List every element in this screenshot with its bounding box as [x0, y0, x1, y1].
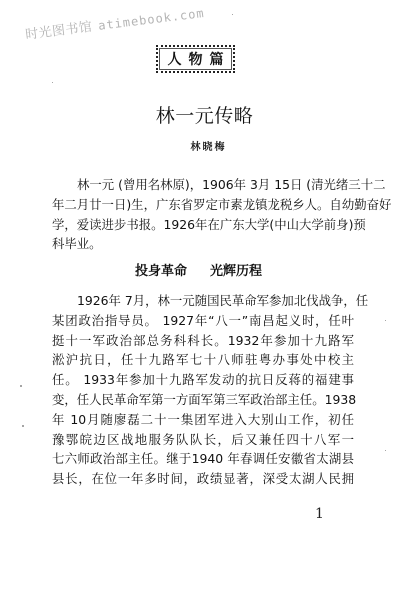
- scan-speck: [232, 14, 233, 15]
- text-line: 挺十一军政治部总务科科长。1932年参加十九路军: [52, 331, 354, 351]
- paragraph-career: 1926年 7月，林一元随国民革命军参加北伐战争，任 某团政治指导员。 1927…: [52, 291, 354, 489]
- text-line: 年二月廿一日)生，广东省罗定市素龙镇龙税乡人。自幼勤奋好: [52, 195, 354, 215]
- text-line: 七六师政治部主任。继于1940 年春调任安徽省太湖县: [52, 449, 354, 469]
- text-line: 县长，在位一年多时间，政绩显著，深受太湖人民拥: [52, 469, 354, 489]
- text-line: 学，爱读进步书报。1926年在广东大学(中山大学前身)预: [52, 215, 354, 235]
- watermark-url: atimebook.com: [97, 6, 205, 33]
- text-line: 淞沪抗日，任十九路军七十八师驻粤办事处中校主: [52, 350, 354, 370]
- scan-speck: [385, 320, 386, 321]
- page-number: 1: [315, 506, 324, 522]
- text-line: 任。 1933年参加十九路军发动的抗日反蒋的福建事: [52, 370, 354, 390]
- section-subheading: 投身革命光辉历程: [135, 260, 262, 279]
- text-line: 科毕业。: [52, 234, 354, 254]
- section-label-box: 人物篇: [156, 45, 235, 73]
- scan-speck: [385, 450, 386, 451]
- section-label: 人物篇: [168, 49, 231, 69]
- subheading-part-1: 投身革命: [135, 264, 187, 279]
- scan-speck: [52, 82, 53, 83]
- text-line: 1926年 7月，林一元随国民革命军参加北伐战争，任: [52, 291, 354, 311]
- text-line: 变，任人民革命军第一方面军第三军政治部主任。1938: [52, 390, 354, 410]
- watermark-text: 时光图书馆: [24, 20, 93, 43]
- scan-speck: [20, 385, 22, 387]
- text-line: 林一元 (曾用名林原)，1906年 3月 15日 (清光绪三十二: [52, 175, 354, 195]
- subheading-part-2: 光辉历程: [210, 264, 262, 279]
- text-line: 某团政治指导员。 1927年“八一”南昌起义时，任叶: [52, 311, 354, 331]
- article-title: 林一元传略: [0, 101, 409, 128]
- scan-speck: [22, 425, 24, 427]
- text-line: 年 10月随廖磊二十一集团军进入大别山工作，初任: [52, 410, 354, 430]
- text-line: 豫鄂皖边区战地服务队队长，后又兼任四十八军一: [52, 430, 354, 450]
- paragraph-intro: 林一元 (曾用名林原)，1906年 3月 15日 (清光绪三十二 年二月廿一日)…: [52, 175, 354, 254]
- watermark: 时光图书馆atimebook.com: [24, 2, 205, 43]
- article-author: 林晓梅: [0, 138, 409, 153]
